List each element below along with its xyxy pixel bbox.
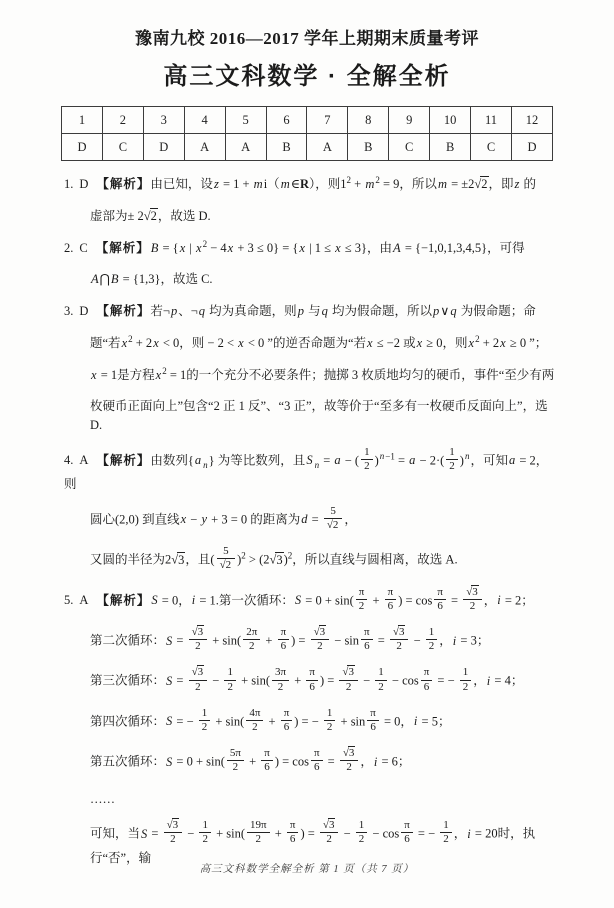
solution-line: 又圆的半径为2√3，且(5√2)2 > (2√3)2，所以直线与圆相离，故选 A…	[64, 547, 558, 574]
answer-letter-cell: A	[307, 134, 348, 161]
solution-line: 第二次循环：S = √32 + sin(2π2 + π6) = √32 − si…	[64, 628, 558, 655]
page-footer: 高三文科数学全解全析 第 1 页（共 7 页）	[0, 861, 614, 876]
solution-line: 枚硬币正面向上”包含“2 正 1 反”、“3 正”，故等价于“至多有一枚硬币反面…	[64, 397, 558, 435]
answer-letter-row: DCDAABABCBCD	[62, 134, 553, 161]
answer-table: 123456789101112 DCDAABABCBCD	[61, 106, 553, 161]
answer-letter-cell: D	[62, 134, 103, 161]
question-answer: D	[79, 177, 88, 191]
answer-letter-cell: C	[471, 134, 512, 161]
solution-first-line: 3.D【解析】若¬p、¬q 均为真命题，则p 与q 均为假命题，所以p∨q 为假…	[64, 302, 558, 321]
solution-first-line: 2.C【解析】B = {x | x2 − 4x + 3 ≤ 0} = {x | …	[64, 239, 558, 258]
question-number: 4.	[64, 453, 73, 467]
question-answer: D	[79, 304, 88, 318]
answer-number-row: 123456789101112	[62, 107, 553, 134]
document-page: 豫南九校 2016—2017 学年上期期末质量考评 高三文科数学 · 全解全析 …	[0, 0, 614, 908]
question-number: 1.	[64, 177, 73, 191]
solution-line: 第五次循环：S = 0 + sin(5π2 + π6) = cosπ6 = √3…	[64, 749, 558, 776]
answer-letter-cell: B	[266, 134, 307, 161]
answer-number-cell: 12	[511, 107, 552, 134]
jiexi-label: 【解析】	[96, 593, 150, 607]
solution-line: 第三次循环：S = √32 − 12 + sin(3π2 + π6) = √32…	[64, 668, 558, 695]
question-number: 5.	[64, 593, 73, 607]
answer-number-cell: 10	[430, 107, 471, 134]
jiexi-label: 【解析】	[96, 177, 150, 191]
solution-line: 题“若x2 + 2x < 0，则 − 2 < x < 0 ”的逆否命题为“若x …	[64, 334, 558, 353]
footer-text: 高三文科数学全解全析 第 1 页（共 7 页）	[200, 864, 415, 875]
answer-letter-cell: D	[511, 134, 552, 161]
answer-letter-cell: D	[143, 134, 184, 161]
answer-number-cell: 1	[62, 107, 103, 134]
answer-number-cell: 8	[348, 107, 389, 134]
solution-line: x = 1是方程x2 = 1的一个充分不必要条件；抛掷 3 枚质地均匀的硬币，事…	[64, 366, 558, 385]
answer-number-cell: 2	[102, 107, 143, 134]
answer-number-cell: 3	[143, 107, 184, 134]
solution-first-line: 4.A【解析】由数列{an} 为等比数列，且Sn = a − (12)n−1 =…	[64, 448, 558, 494]
answer-letter-cell: A	[225, 134, 266, 161]
question-number: 2.	[64, 241, 73, 255]
answer-letter-cell: C	[389, 134, 430, 161]
solution-first-line: 1.D【解析】由已知，设z = 1 + mi（m∈R），则12 + m2 = 9…	[64, 175, 558, 194]
answer-letter-cell: B	[430, 134, 471, 161]
answer-number-cell: 6	[266, 107, 307, 134]
doc-title: 豫南九校 2016—2017 学年上期期末质量考评	[0, 0, 614, 49]
solution-line: 圆心(2,0) 到直线x − y + 3 = 0 的距离为d = 5√2，	[64, 507, 558, 534]
jiexi-label: 【解析】	[96, 304, 150, 318]
jiexi-label: 【解析】	[96, 241, 150, 255]
solution-line: A⋂B = {1,3}，故选 C.	[64, 270, 558, 289]
answer-number-cell: 5	[225, 107, 266, 134]
answer-letter-cell: B	[348, 134, 389, 161]
answer-number-cell: 7	[307, 107, 348, 134]
answer-number-cell: 11	[471, 107, 512, 134]
question-answer: C	[79, 241, 87, 255]
answer-number-cell: 4	[184, 107, 225, 134]
solution-line: ……	[64, 790, 558, 809]
question-answer: A	[79, 453, 88, 467]
answer-letter-cell: C	[102, 134, 143, 161]
answer-letter-cell: A	[184, 134, 225, 161]
question-number: 3.	[64, 304, 73, 318]
question-answer: A	[79, 593, 88, 607]
jiexi-label: 【解析】	[96, 453, 150, 467]
answer-number-cell: 9	[389, 107, 430, 134]
doc-subtitle: 高三文科数学 · 全解全析	[0, 56, 614, 91]
solution-line: 第四次循环：S = − 12 + sin(4π2 + π6) = − 12 + …	[64, 709, 558, 736]
solutions: 1.D【解析】由已知，设z = 1 + mi（m∈R），则12 + m2 = 9…	[0, 173, 614, 867]
solution-line: 虚部为± 2√2，故选 D.	[64, 207, 558, 226]
solution-first-line: 5.A【解析】S = 0，i = 1.第一次循环：S = 0 + sin(π2 …	[64, 588, 558, 615]
